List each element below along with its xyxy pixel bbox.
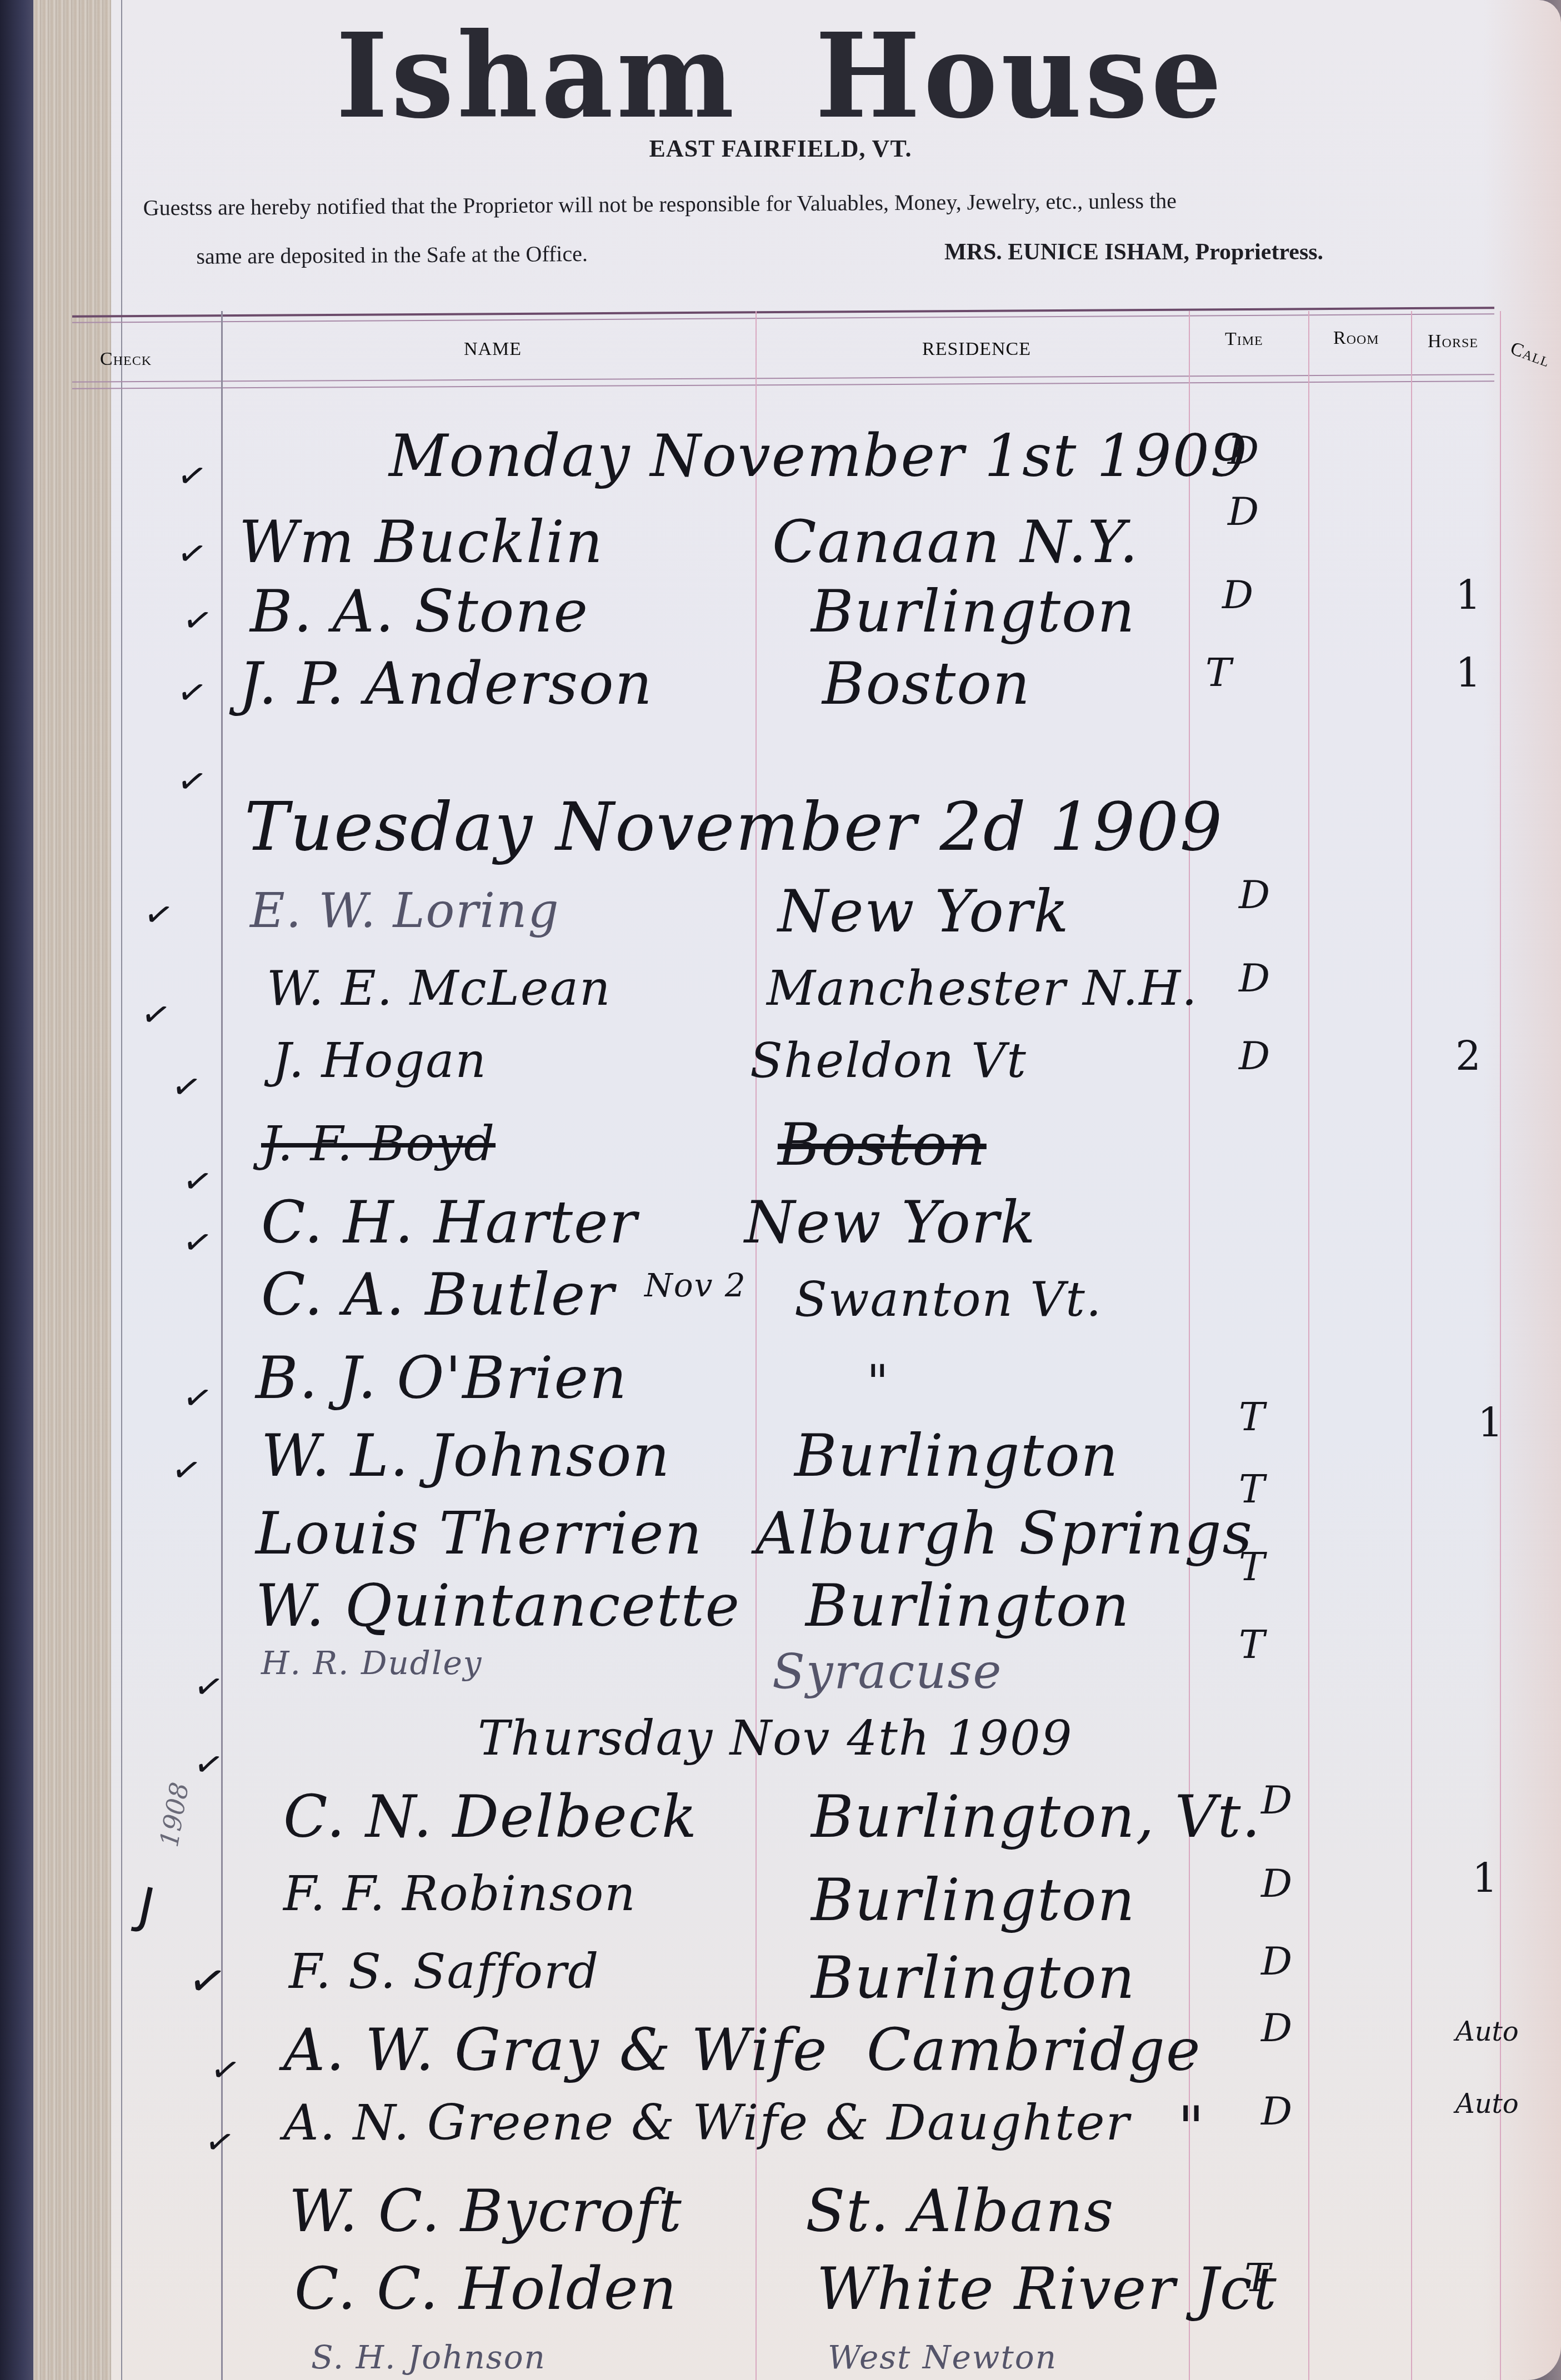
- guest-residence: Burlington, Vt.: [811, 1783, 1262, 1851]
- column-header-name: NAME: [464, 339, 522, 360]
- guest-name: F. S. Safford: [289, 1944, 599, 2000]
- horse-count: 2: [1455, 1033, 1481, 1080]
- guest-residence: Syracuse: [772, 1644, 1002, 1700]
- guest-name: J. F. Boyd: [261, 1116, 496, 1172]
- time-mark: T: [1239, 1466, 1265, 1512]
- horse-count: 1: [1455, 650, 1481, 697]
- column-divider-time: [1308, 311, 1309, 2380]
- guest-residence: White River Jct: [817, 2255, 1278, 2323]
- guest-residence: ": [1178, 2094, 1205, 2162]
- date-heading-thursday: Thursday Nov 4th 1909: [478, 1711, 1073, 1766]
- hotel-title: IshamHouse: [0, 8, 1561, 145]
- time-mark: T: [1239, 1394, 1265, 1440]
- guest-residence: St. Albans: [805, 2177, 1114, 2245]
- column-divider-room: [1411, 311, 1412, 2380]
- guest-name: C. N. Delbeck: [283, 1783, 698, 1851]
- column-header-time: Time: [1225, 329, 1263, 350]
- time-mark: D: [1261, 1938, 1292, 1984]
- guest-name: A. W. Gray & Wife: [283, 2016, 828, 2084]
- guest-name: Wm Bucklin: [239, 508, 604, 576]
- call-note: Auto: [1455, 2088, 1519, 2120]
- guest-residence: Burlington: [811, 1866, 1136, 1934]
- guest-name: J. P. Anderson: [239, 650, 653, 718]
- guest-residence: ": [867, 1355, 890, 1411]
- time-mark: T: [1244, 2255, 1270, 2301]
- column-header-room: Room: [1333, 328, 1379, 349]
- guest-residence: Boston: [778, 1111, 987, 1179]
- guest-residence: Burlington: [805, 1572, 1130, 1640]
- guest-name: W. L. Johnson: [261, 1422, 671, 1490]
- guest-name: H. R. Dudley: [261, 1644, 483, 1682]
- time-mark: T: [1239, 1544, 1265, 1590]
- guest-residence: Burlington: [794, 1422, 1119, 1490]
- time-mark: D: [1261, 1861, 1292, 1906]
- title-word-house: House: [815, 8, 1225, 145]
- guest-residence: Burlington: [811, 1944, 1136, 2012]
- guest-residence: Sheldon Vt: [750, 1033, 1027, 1089]
- guest-residence: Burlington: [811, 578, 1136, 645]
- date-heading-monday: Monday November 1st 1909: [389, 422, 1248, 490]
- guest-name: S. H. Johnson: [311, 2338, 546, 2376]
- horse-count: 1: [1455, 572, 1481, 619]
- proprietress-line: MRS. EUNICE ISHAM, Proprietress.: [944, 239, 1323, 265]
- guest-residence: New York: [744, 1189, 1037, 1256]
- entry-date-note: Nov 2: [644, 1266, 747, 1304]
- guest-residence: Boston: [822, 650, 1031, 718]
- time-mark: D: [1239, 872, 1270, 918]
- guest-residence: New York: [778, 878, 1070, 945]
- horse-count: 1: [1478, 1400, 1503, 1446]
- column-header-horse: Horse: [1428, 331, 1478, 352]
- time-mark: D: [1239, 1033, 1270, 1079]
- guest-residence: Canaan N.Y.: [772, 508, 1139, 576]
- column-header-check: Check: [100, 349, 152, 370]
- guest-name: W. C. Bycroft: [289, 2177, 683, 2245]
- horse-count: 1: [1472, 1855, 1498, 1902]
- guest-name: B. A. Stone: [250, 578, 589, 645]
- guest-name: E. W. Loring: [250, 883, 559, 939]
- time-mark: T: [1239, 1622, 1265, 1667]
- guest-residence: Manchester N.H.: [767, 961, 1198, 1016]
- notice-line-1: Guestss are hereby notified that the Pro…: [143, 174, 1499, 232]
- guest-name: W. E. McLean: [267, 961, 611, 1016]
- guest-residence: Cambridge: [867, 2016, 1201, 2084]
- time-mark: D: [1261, 1777, 1292, 1823]
- hotel-location: EAST FAIRFIELD, VT.: [0, 134, 1561, 163]
- time-mark: T: [1205, 650, 1232, 695]
- call-note: Auto: [1455, 2016, 1519, 2047]
- guest-name: Louis Therrien: [256, 1500, 703, 1567]
- guest-residence: Alburgh Springs: [756, 1500, 1253, 1567]
- guest-residence: West Newton: [828, 2338, 1057, 2376]
- date-heading-tuesday: Tuesday November 2d 1909: [244, 789, 1223, 866]
- guest-name: F. F. Robinson: [283, 1866, 637, 1922]
- guest-name: A. N. Greene & Wife & Daughter: [283, 2094, 1130, 2151]
- column-header-residence: RESIDENCE: [922, 339, 1031, 360]
- guest-name: J. Hogan: [272, 1033, 487, 1089]
- time-mark: D: [1261, 2005, 1292, 2051]
- time-mark: D: [1239, 955, 1270, 1001]
- guest-name: B. J. O'Brien: [256, 1344, 628, 1412]
- time-mark: D: [1261, 2088, 1292, 2134]
- guest-name: C. A. Butler: [261, 1261, 615, 1329]
- guest-residence: Swanton Vt.: [794, 1272, 1102, 1327]
- title-word-isham: Isham: [336, 8, 738, 145]
- guest-name: W. Quintancette: [256, 1572, 741, 1640]
- time-mark: D: [1228, 428, 1259, 473]
- time-mark: D: [1222, 572, 1253, 618]
- guest-name: C. C. Holden: [294, 2255, 678, 2323]
- time-mark: D: [1228, 489, 1259, 534]
- column-divider-horse: [1500, 311, 1501, 2380]
- guest-name: C. H. Harter: [261, 1189, 638, 1256]
